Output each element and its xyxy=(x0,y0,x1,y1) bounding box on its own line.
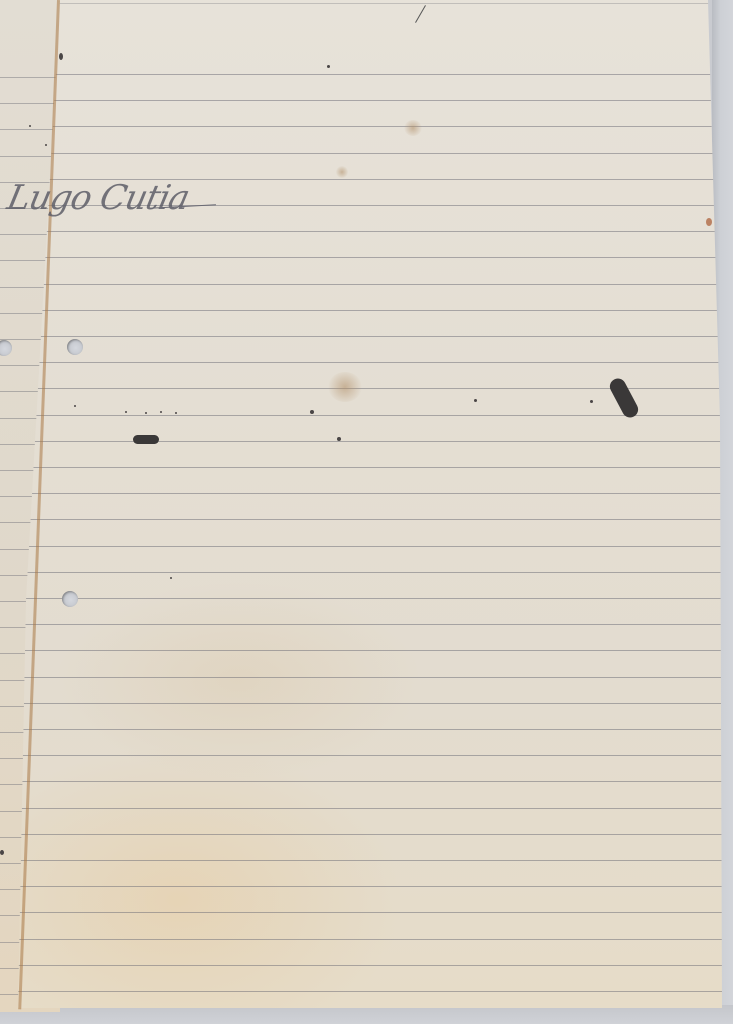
ruled-line xyxy=(18,886,722,887)
ruled-line xyxy=(18,939,722,940)
stain-spot xyxy=(328,372,362,402)
underlying-ruled-line xyxy=(0,77,60,78)
ink-speck xyxy=(45,144,47,146)
ruled-line xyxy=(18,100,722,101)
ruled-line xyxy=(18,598,722,599)
ruled-line xyxy=(18,284,722,285)
ruled-line xyxy=(18,546,722,547)
ruled-line xyxy=(18,781,722,782)
rust-spot xyxy=(706,218,712,226)
ruled-line xyxy=(18,336,722,337)
ruled-line xyxy=(18,965,722,966)
ruled-line xyxy=(18,153,722,154)
ink-speck xyxy=(125,411,127,413)
punch-hole-lower xyxy=(62,591,78,607)
photo-scene: Lugo Cutia xyxy=(0,0,733,1024)
ink-speck xyxy=(310,410,314,414)
ink-speck xyxy=(0,850,4,855)
ruled-line xyxy=(18,493,722,494)
stain-spot xyxy=(404,120,422,136)
ruled-line xyxy=(18,519,722,520)
ink-speck xyxy=(590,400,593,403)
ruled-line xyxy=(18,74,722,75)
ink-speck xyxy=(59,53,63,60)
ink-speck xyxy=(145,412,147,414)
ruled-line xyxy=(18,3,722,4)
punch-hole-upper xyxy=(67,339,83,355)
lined-paper-sheet xyxy=(18,0,722,1008)
ruled-line xyxy=(18,677,722,678)
ruled-line xyxy=(18,441,722,442)
ruled-line xyxy=(18,415,722,416)
ink-speck xyxy=(337,437,341,441)
ink-speck xyxy=(474,399,477,402)
ruled-line xyxy=(18,257,722,258)
ruled-line xyxy=(18,310,722,311)
ruled-line xyxy=(18,231,722,232)
ink-speck xyxy=(74,405,76,407)
ruled-line xyxy=(18,991,722,992)
stain-spot xyxy=(336,166,348,178)
ruled-line xyxy=(18,126,722,127)
ruled-line xyxy=(18,572,722,573)
ruled-line xyxy=(18,729,722,730)
ruled-line xyxy=(18,624,722,625)
ruled-line xyxy=(18,834,722,835)
ruled-line xyxy=(18,808,722,809)
handwritten-signature: Lugo Cutia xyxy=(4,178,193,218)
ink-speck xyxy=(29,125,31,127)
ink-blot-small xyxy=(133,435,159,444)
ruled-line xyxy=(18,912,722,913)
ruled-line xyxy=(18,755,722,756)
ink-speck xyxy=(170,577,172,579)
ink-speck xyxy=(327,65,330,68)
ruled-line xyxy=(18,650,722,651)
ruled-line xyxy=(18,860,722,861)
ruled-line xyxy=(18,467,722,468)
underlying-ruled-line xyxy=(0,103,60,104)
ruled-line xyxy=(18,703,722,704)
ink-speck xyxy=(175,412,177,414)
ruled-line xyxy=(18,362,722,363)
ink-speck xyxy=(160,411,162,413)
